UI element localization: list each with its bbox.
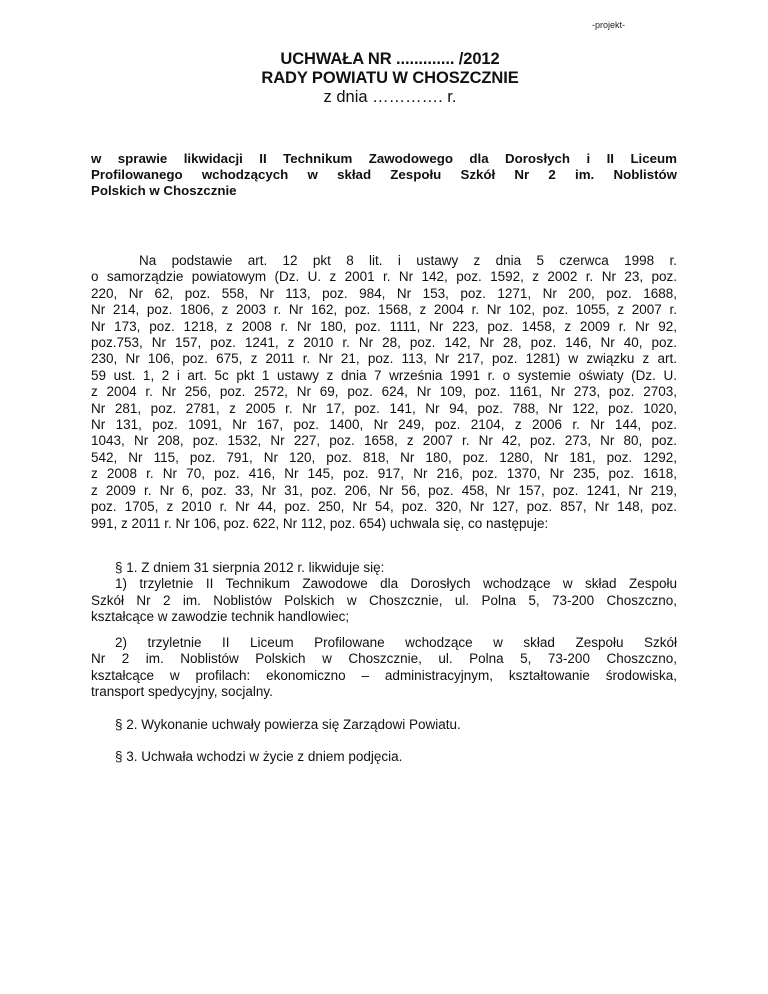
preamble-line: z 2004 r. Nr 256, poz. 2572, Nr 69, poz.… <box>91 384 677 400</box>
preamble-line: Nr 173, poz. 1218, z 2008 r. Nr 180, poz… <box>91 319 677 335</box>
section-2-text: § 2. Wykonanie uchwały powierza się Zarz… <box>91 717 677 733</box>
legal-basis-paragraph: Na podstawie art. 12 pkt 8 lit. i ustawy… <box>91 253 677 532</box>
section-1-item-1-line: 1) trzyletnie II Technikum Zawodowe dla … <box>91 576 677 592</box>
preamble-line: poz.753, Nr 157, poz. 1241, z 2010 r. Nr… <box>91 335 677 351</box>
section-1-item-2-line: kształcące w profilach: ekonomiczno – ad… <box>91 668 677 684</box>
section-1: § 1. Z dniem 31 sierpnia 2012 r. likwidu… <box>91 560 677 626</box>
section-1-item-2-line: Nr 2 im. Noblistów Polskich w Choszcznie… <box>91 651 677 667</box>
preamble-line: 542, Nr 115, poz. 791, Nr 120, poz. 818,… <box>91 450 677 466</box>
resolution-subject: w sprawie likwidacji II Technikum Zawodo… <box>91 151 677 200</box>
section-1-heading: § 1. Z dniem 31 sierpnia 2012 r. likwidu… <box>91 560 677 576</box>
preamble-line: o samorządzie powiatowym (Dz. U. z 2001 … <box>91 269 677 285</box>
preamble-line: z 2008 r. Nr 70, poz. 416, Nr 145, poz. … <box>91 466 677 482</box>
issuing-body: RADY POWIATU W CHOSZCZNIE <box>195 69 585 88</box>
resolution-number: UCHWAŁA NR ............. /2012 <box>195 50 585 69</box>
preamble-line: 220, Nr 62, poz. 558, Nr 113, poz. 984, … <box>91 286 677 302</box>
subject-line: w sprawie likwidacji II Technikum Zawodo… <box>91 151 677 167</box>
resolution-date: z dnia …………. r. <box>195 88 585 107</box>
preamble-line: z 2009 r. Nr 6, poz. 33, Nr 31, poz. 206… <box>91 483 677 499</box>
section-3: § 3. Uchwała wchodzi w życie z dniem pod… <box>91 749 677 765</box>
subject-line: Polskich w Choszcznie <box>91 183 677 199</box>
section-1-item-1-line: kształcące w zawodzie technik handlowiec… <box>91 609 677 625</box>
preamble-line: Nr 281, poz. 2781, z 2005 r. Nr 17, poz.… <box>91 401 677 417</box>
preamble-line: 991, z 2011 r. Nr 106, poz. 622, Nr 112,… <box>91 516 677 532</box>
section-1-item-1-line: Szkół Nr 2 im. Noblistów Polskich w Chos… <box>91 593 677 609</box>
preamble-line: 230, Nr 106, poz. 675, z 2011 r. Nr 21, … <box>91 351 677 367</box>
section-2: § 2. Wykonanie uchwały powierza się Zarz… <box>91 717 677 733</box>
document-page: -projekt- UCHWAŁA NR ............. /2012… <box>0 0 768 994</box>
draft-label: -projekt- <box>592 20 625 30</box>
section-1-item-2-line: 2) trzyletnie II Liceum Profilowane wcho… <box>91 635 677 651</box>
resolution-title: UCHWAŁA NR ............. /2012 RADY POWI… <box>195 50 585 107</box>
section-3-text: § 3. Uchwała wchodzi w życie z dniem pod… <box>91 749 677 765</box>
section-1-item-2: 2) trzyletnie II Liceum Profilowane wcho… <box>91 635 677 701</box>
preamble-line: Nr 131, poz. 1091, Nr 167, poz. 1400, Nr… <box>91 417 677 433</box>
preamble-line: poz. 1705, z 2010 r. Nr 44, poz. 250, Nr… <box>91 499 677 515</box>
preamble-line: Na podstawie art. 12 pkt 8 lit. i ustawy… <box>91 253 677 269</box>
section-1-item-2-line: transport spedycyjny, socjalny. <box>91 684 677 700</box>
subject-line: Profilowanego wchodzących w skład Zespoł… <box>91 167 677 183</box>
preamble-line: Nr 214, poz. 1806, z 2003 r. Nr 162, poz… <box>91 302 677 318</box>
preamble-line: 1043, Nr 208, poz. 1532, Nr 227, poz. 16… <box>91 433 677 449</box>
preamble-line: 59 ust. 1, 2 i art. 5c pkt 1 ustawy z dn… <box>91 368 677 384</box>
